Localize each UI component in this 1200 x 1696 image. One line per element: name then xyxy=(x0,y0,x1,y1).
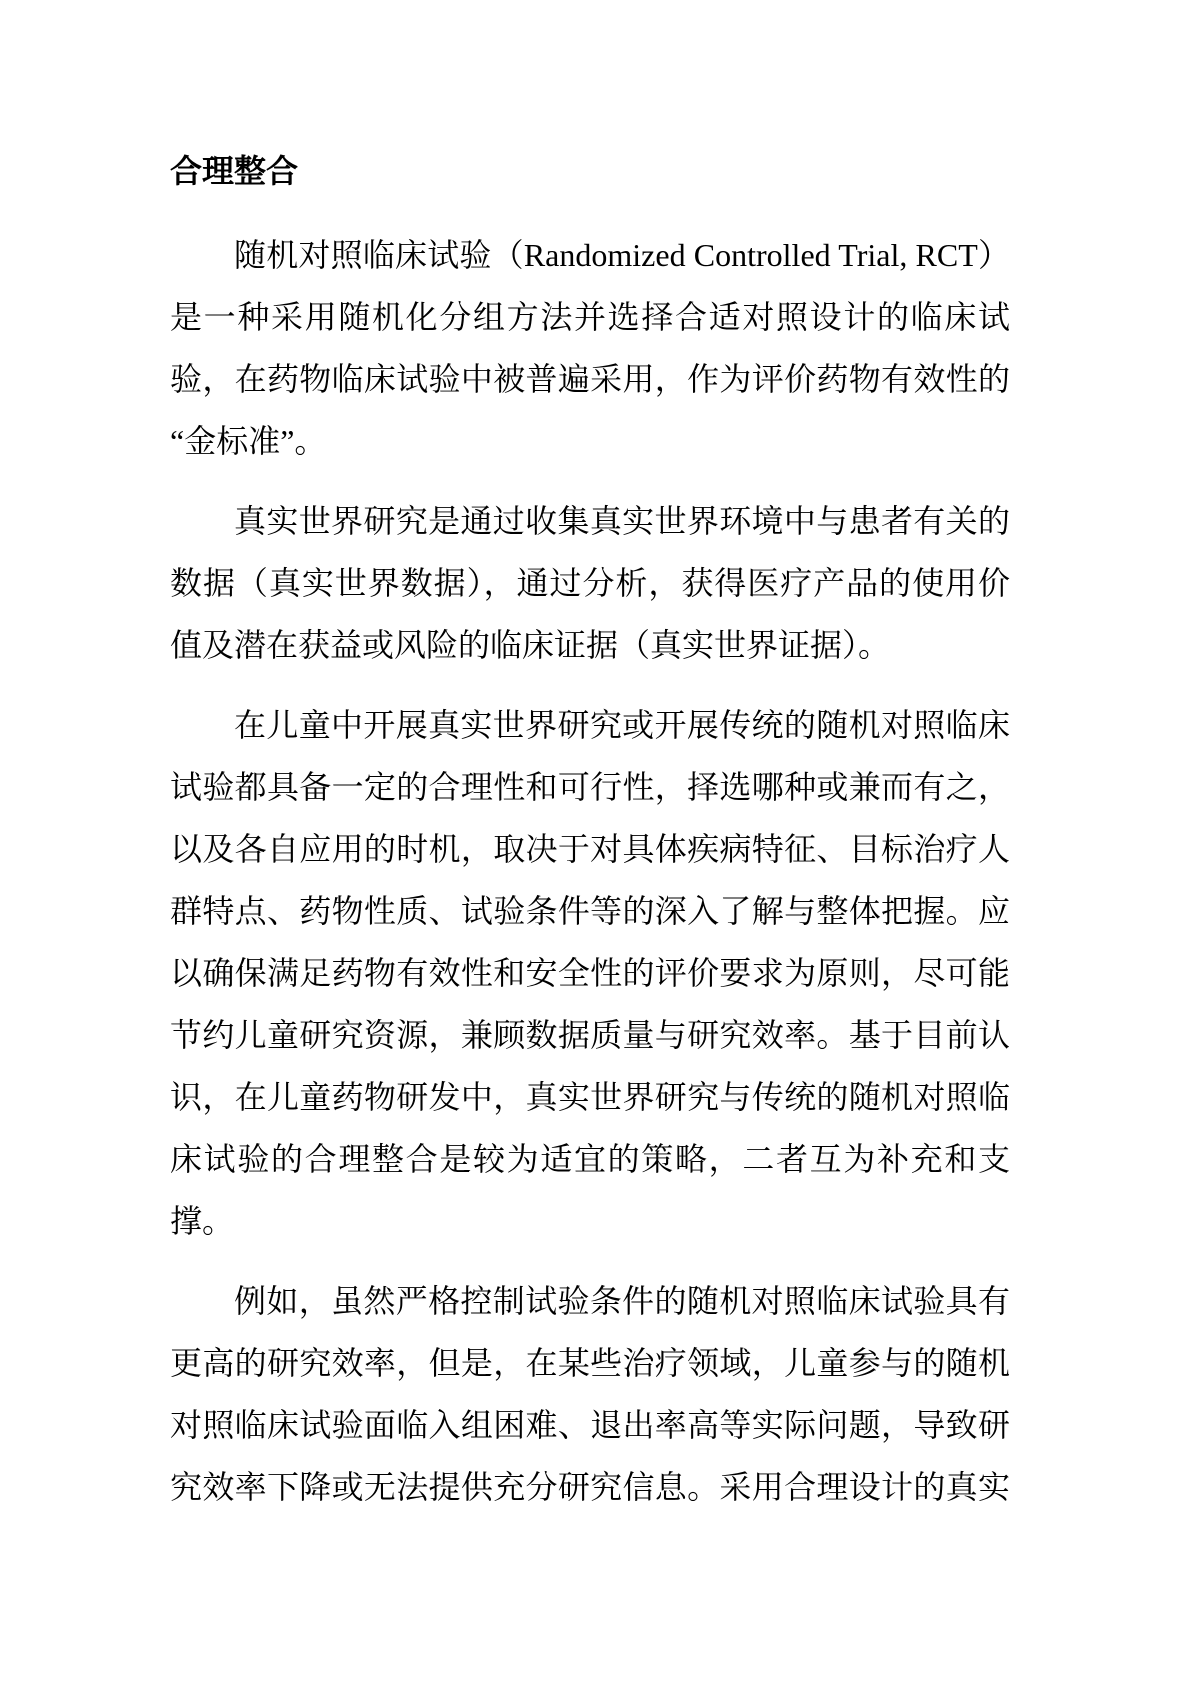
paragraph-4-line-1: 例如，虽然严格控制试验条件的随机对照临床试验具有 xyxy=(170,1270,1010,1332)
paragraph-1: 随机对照临床试验（Randomized Controlled Trial, RC… xyxy=(170,224,1010,472)
paragraph-3-line-2: 试验都具备一定的合理性和可行性，择选哪种或兼而有之， xyxy=(170,756,1010,818)
paragraph-3-line-3: 以及各自应用的时机，取决于对具体疾病特征、目标治疗人 xyxy=(170,818,1010,880)
paragraph-3-line-5: 以确保满足药物有效性和安全性的评价要求为原则，尽可能 xyxy=(170,942,1010,1004)
paragraph-2-line-2: 数据（真实世界数据），通过分析，获得医疗产品的使用价 xyxy=(170,552,1010,614)
paragraph-2: 真实世界研究是通过收集真实世界环境中与患者有关的 数据（真实世界数据），通过分析… xyxy=(170,490,1010,676)
paragraph-3-line-7: 识，在儿童药物研发中，真实世界研究与传统的随机对照临 xyxy=(170,1066,1010,1128)
paragraph-1-line-2: 是一种采用随机化分组方法并选择合适对照设计的临床试 xyxy=(170,286,1010,348)
paragraph-1-line-4: “金标准”。 xyxy=(170,410,1010,472)
paragraph-3-line-1: 在儿童中开展真实世界研究或开展传统的随机对照临床 xyxy=(170,694,1010,756)
paragraph-2-line-1: 真实世界研究是通过收集真实世界环境中与患者有关的 xyxy=(170,490,1010,552)
paragraph-4: 例如，虽然严格控制试验条件的随机对照临床试验具有 更高的研究效率，但是，在某些治… xyxy=(170,1270,1010,1518)
paragraph-3-line-8: 床试验的合理整合是较为适宜的策略，二者互为补充和支 xyxy=(170,1128,1010,1190)
document-page: 合理整合 随机对照临床试验（Randomized Controlled Tria… xyxy=(0,0,1200,1696)
paragraph-2-line-3: 值及潜在获益或风险的临床证据（真实世界证据）。 xyxy=(170,614,1010,676)
paragraph-1-line-1: 随机对照临床试验（Randomized Controlled Trial, RC… xyxy=(170,224,1010,286)
paragraph-3-line-6: 节约儿童研究资源，兼顾数据质量与研究效率。基于目前认 xyxy=(170,1004,1010,1066)
paragraph-3-line-9: 撑。 xyxy=(170,1190,1010,1252)
section-heading: 合理整合 xyxy=(170,148,1010,194)
paragraph-4-line-3: 对照临床试验面临入组困难、退出率高等实际问题，导致研 xyxy=(170,1394,1010,1456)
paragraph-1-line-3: 验，在药物临床试验中被普遍采用，作为评价药物有效性的 xyxy=(170,348,1010,410)
paragraph-4-line-4: 究效率下降或无法提供充分研究信息。采用合理设计的真实 xyxy=(170,1456,1010,1518)
paragraph-3: 在儿童中开展真实世界研究或开展传统的随机对照临床 试验都具备一定的合理性和可行性… xyxy=(170,694,1010,1252)
paragraph-3-line-4: 群特点、药物性质、试验条件等的深入了解与整体把握。应 xyxy=(170,880,1010,942)
paragraph-4-line-2: 更高的研究效率，但是，在某些治疗领域，儿童参与的随机 xyxy=(170,1332,1010,1394)
